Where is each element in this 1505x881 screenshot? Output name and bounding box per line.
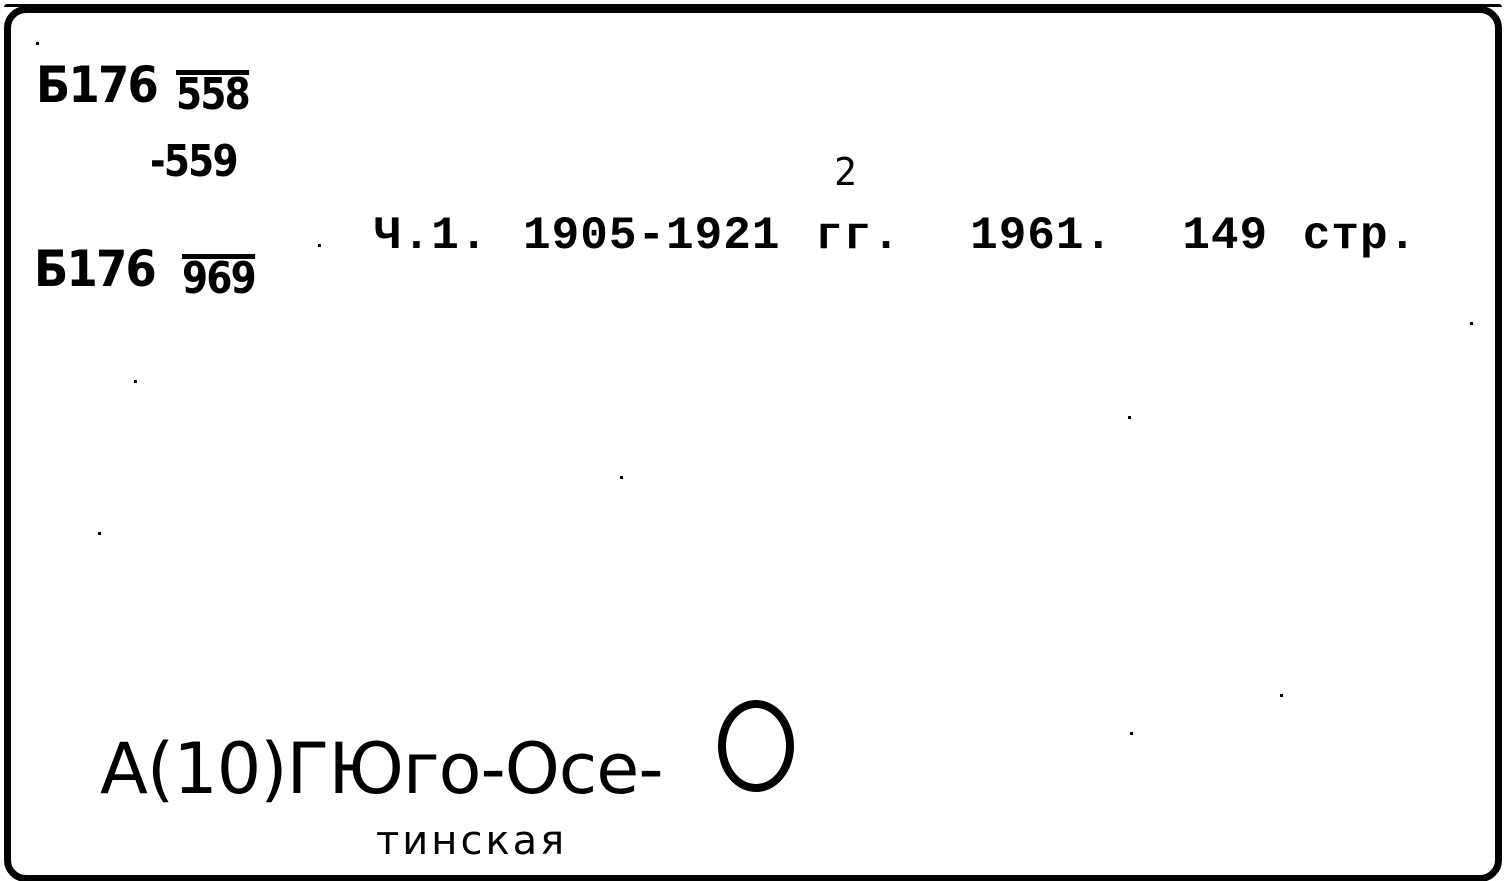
bibliographic-line: Ч.1. 1905-1921 гг. 1961. 149 стр. (374, 210, 1417, 262)
scan-speck (1128, 416, 1131, 419)
shelf-mark-2-prefix: Б176 (34, 240, 155, 298)
classification-circle-mark (718, 700, 794, 792)
scan-speck (98, 532, 101, 535)
shelf-mark-1-number: 558 (176, 70, 249, 115)
scan-speck (318, 244, 321, 247)
scan-speck (620, 476, 623, 479)
shelf-mark-1-range: -559 (150, 136, 237, 187)
shelf-mark-2-number: 969 (182, 254, 255, 299)
scan-speck (1470, 322, 1473, 325)
scan-speck (36, 42, 39, 45)
scan-speck (1130, 732, 1133, 735)
shelf-mark-1-prefix: Б176 (36, 56, 157, 114)
scan-speck (134, 380, 137, 383)
scan-speck (1280, 694, 1283, 697)
classification-line-1: A(10)ГЮго-Осе- (100, 728, 663, 810)
volume-superscript: 2 (834, 150, 858, 194)
classification-line-2: тинская (376, 818, 567, 864)
